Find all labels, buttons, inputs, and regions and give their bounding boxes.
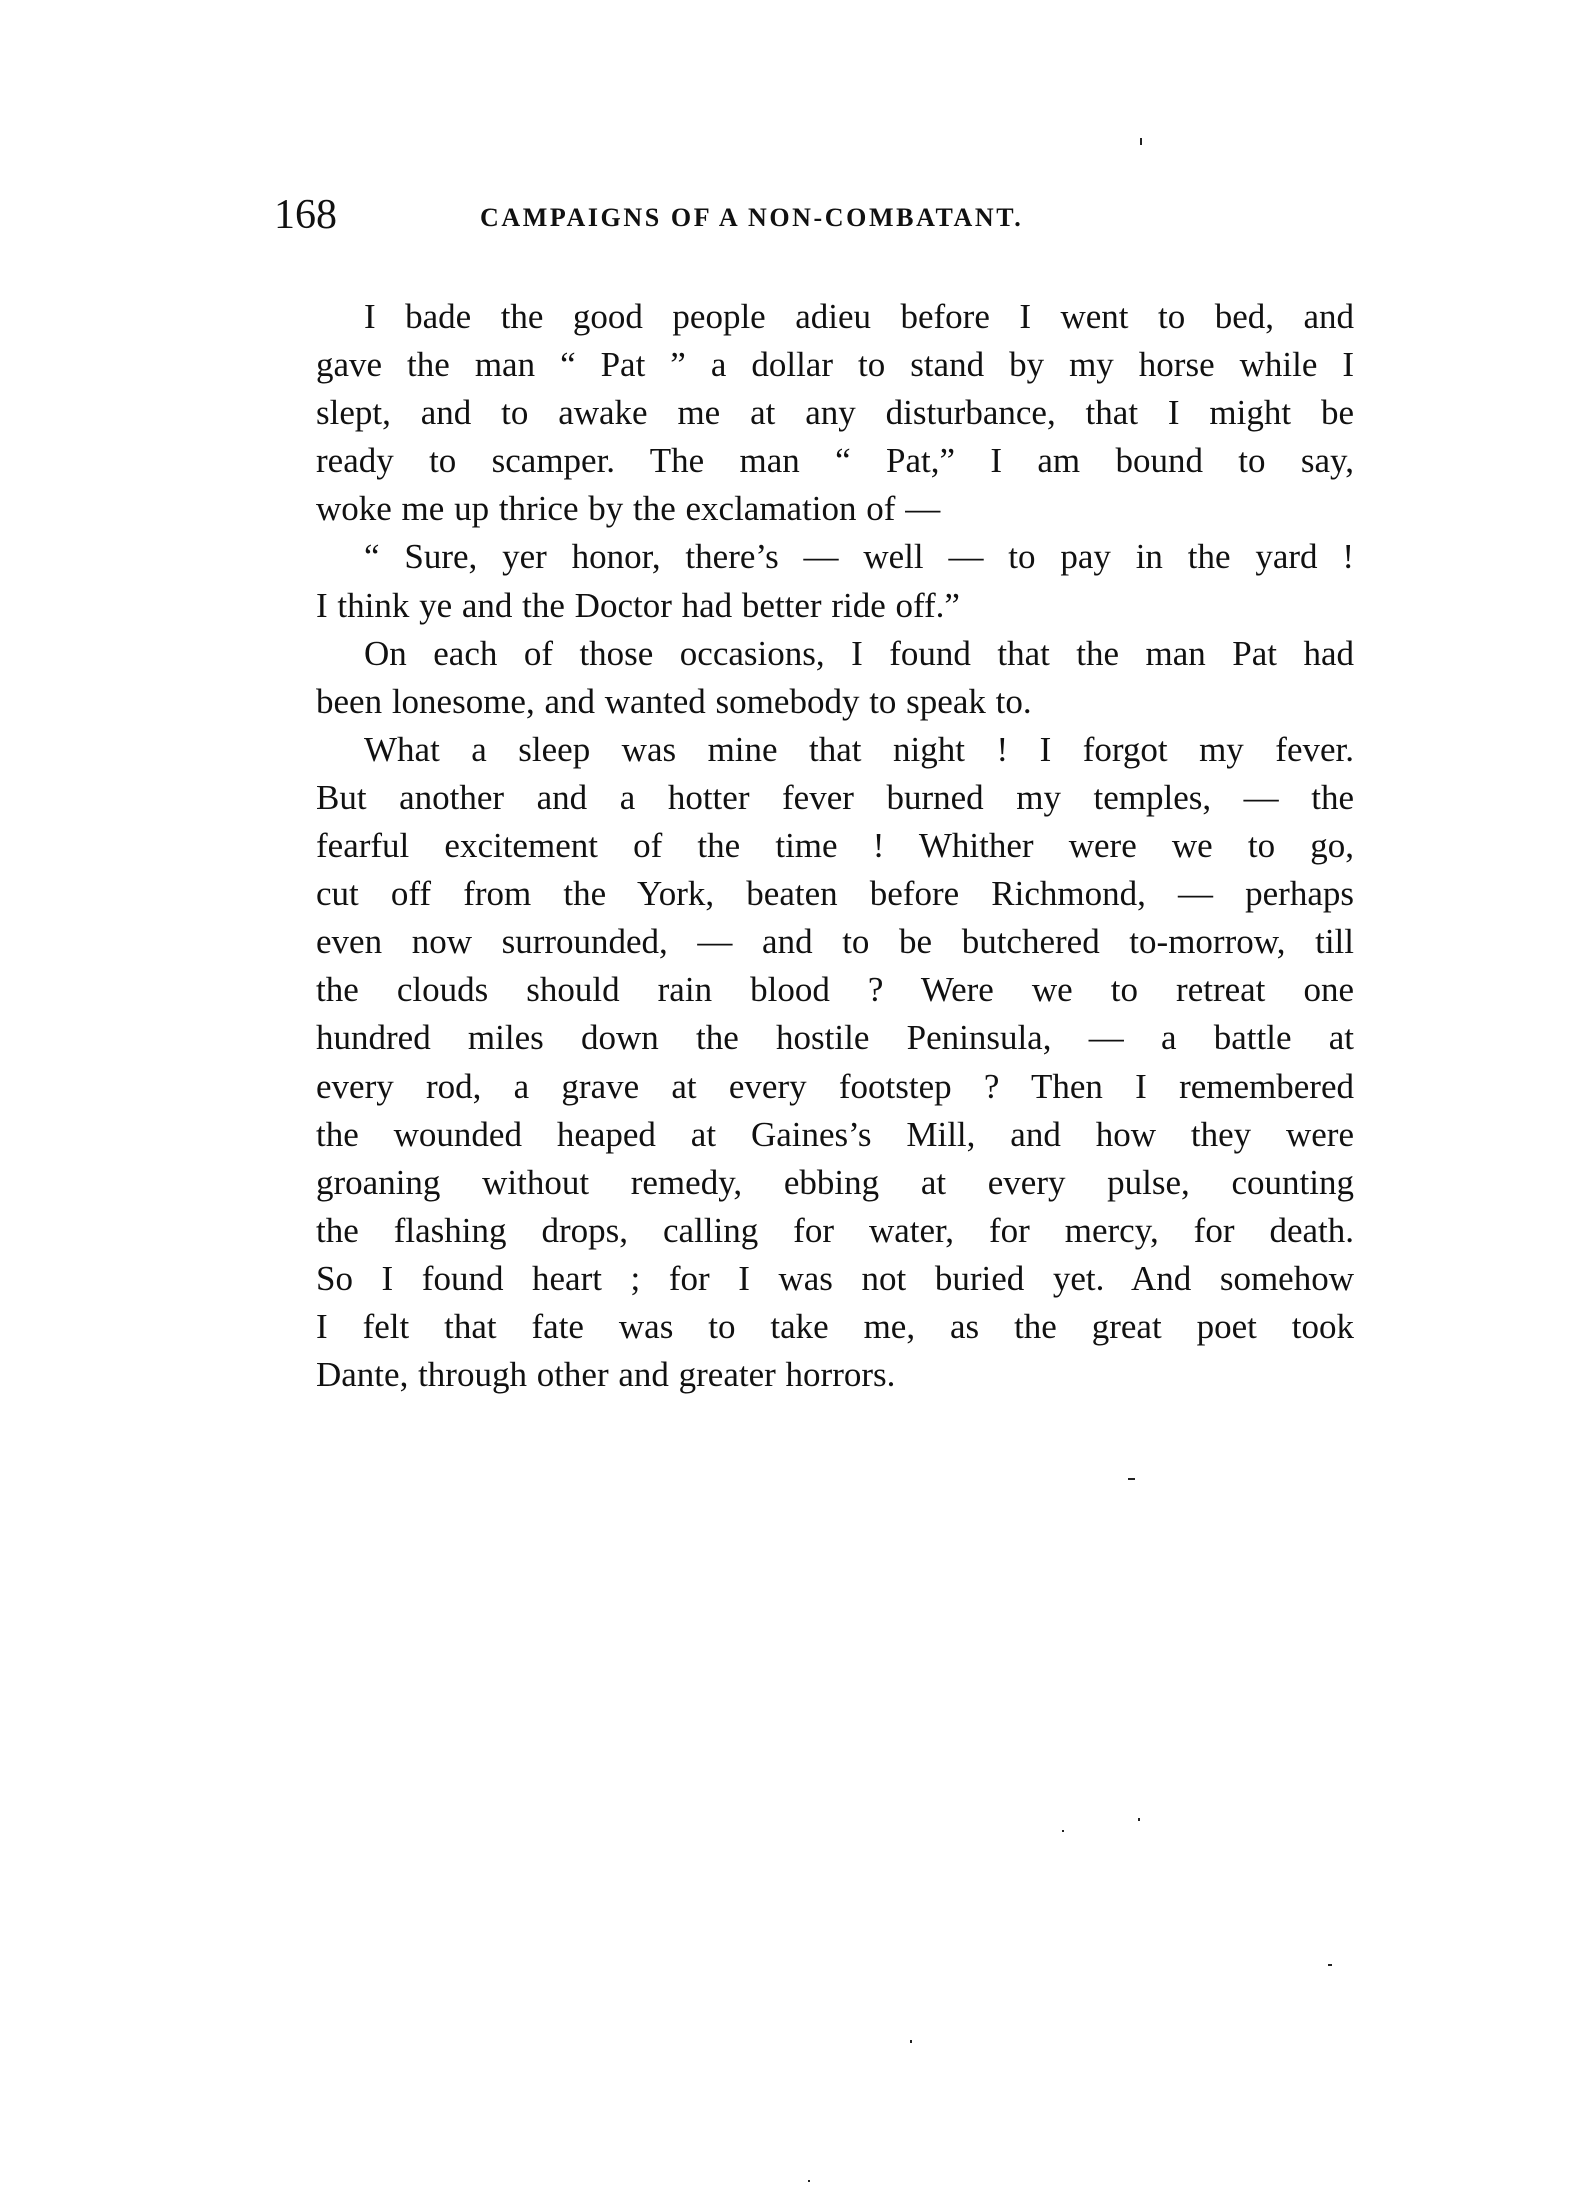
running-title: CAMPAIGNS OF A NON-COMBATANT. xyxy=(480,198,1144,238)
text-line: cut off from the York, beaten before Ric… xyxy=(268,870,1354,918)
scan-speck xyxy=(808,2180,810,2182)
text-line: groaning without remedy, ebbing at every… xyxy=(268,1159,1354,1207)
text-line: the flashing drops, calling for water, f… xyxy=(268,1207,1354,1255)
paragraph-1: I bade the good people adieu before I we… xyxy=(268,293,1354,533)
text-line: Dante, through other and greater horrors… xyxy=(268,1351,1354,1399)
text-line: gave the man “ Pat ” a dollar to stand b… xyxy=(268,341,1354,389)
scan-speck xyxy=(1062,1830,1064,1832)
text-line: fearful excitement of the time ! Whither… xyxy=(268,822,1354,870)
text-line: I bade the good people adieu before I we… xyxy=(268,293,1354,341)
scan-speck xyxy=(910,2040,912,2043)
text-line: So I found heart ; for I was not buried … xyxy=(268,1255,1354,1303)
page-header: 168 CAMPAIGNS OF A NON-COMBATANT. xyxy=(274,190,1154,240)
paragraph-2: “ Sure, yer honor, there’s — well — to p… xyxy=(268,533,1354,629)
scan-speck xyxy=(1140,138,1142,145)
text-line: On each of those occasions, I found that… xyxy=(268,630,1354,678)
text-line: every rod, a grave at every footstep ? T… xyxy=(268,1063,1354,1111)
text-line: been lonesome, and wanted somebody to sp… xyxy=(268,678,1354,726)
text-line: the wounded heaped at Gaines’s Mill, and… xyxy=(268,1111,1354,1159)
text-line: even now surrounded, — and to be butcher… xyxy=(268,918,1354,966)
scan-speck xyxy=(1328,1964,1332,1966)
text-line: the clouds should rain blood ? Were we t… xyxy=(268,966,1354,1014)
text-line: But another and a hotter fever burned my… xyxy=(268,774,1354,822)
text-line: slept, and to awake me at any disturbanc… xyxy=(268,389,1354,437)
page-number: 168 xyxy=(274,190,337,240)
text-line: “ Sure, yer honor, there’s — well — to p… xyxy=(268,533,1354,581)
text-line: I felt that fate was to take me, as the … xyxy=(268,1303,1354,1351)
text-line: ready to scamper. The man “ Pat,” I am b… xyxy=(268,437,1354,485)
scan-speck xyxy=(1128,1478,1135,1480)
body-text: I bade the good people adieu before I we… xyxy=(268,293,1354,1399)
text-line: What a sleep was mine that night ! I for… xyxy=(268,726,1354,774)
text-line: hundred miles down the hostile Peninsula… xyxy=(268,1014,1354,1062)
paragraph-4: What a sleep was mine that night ! I for… xyxy=(268,726,1354,1399)
scan-speck xyxy=(1138,1818,1140,1821)
paragraph-3: On each of those occasions, I found that… xyxy=(268,630,1354,726)
text-line: I think ye and the Doctor had better rid… xyxy=(268,582,1354,630)
text-line: woke me up thrice by the exclamation of … xyxy=(268,485,1354,533)
